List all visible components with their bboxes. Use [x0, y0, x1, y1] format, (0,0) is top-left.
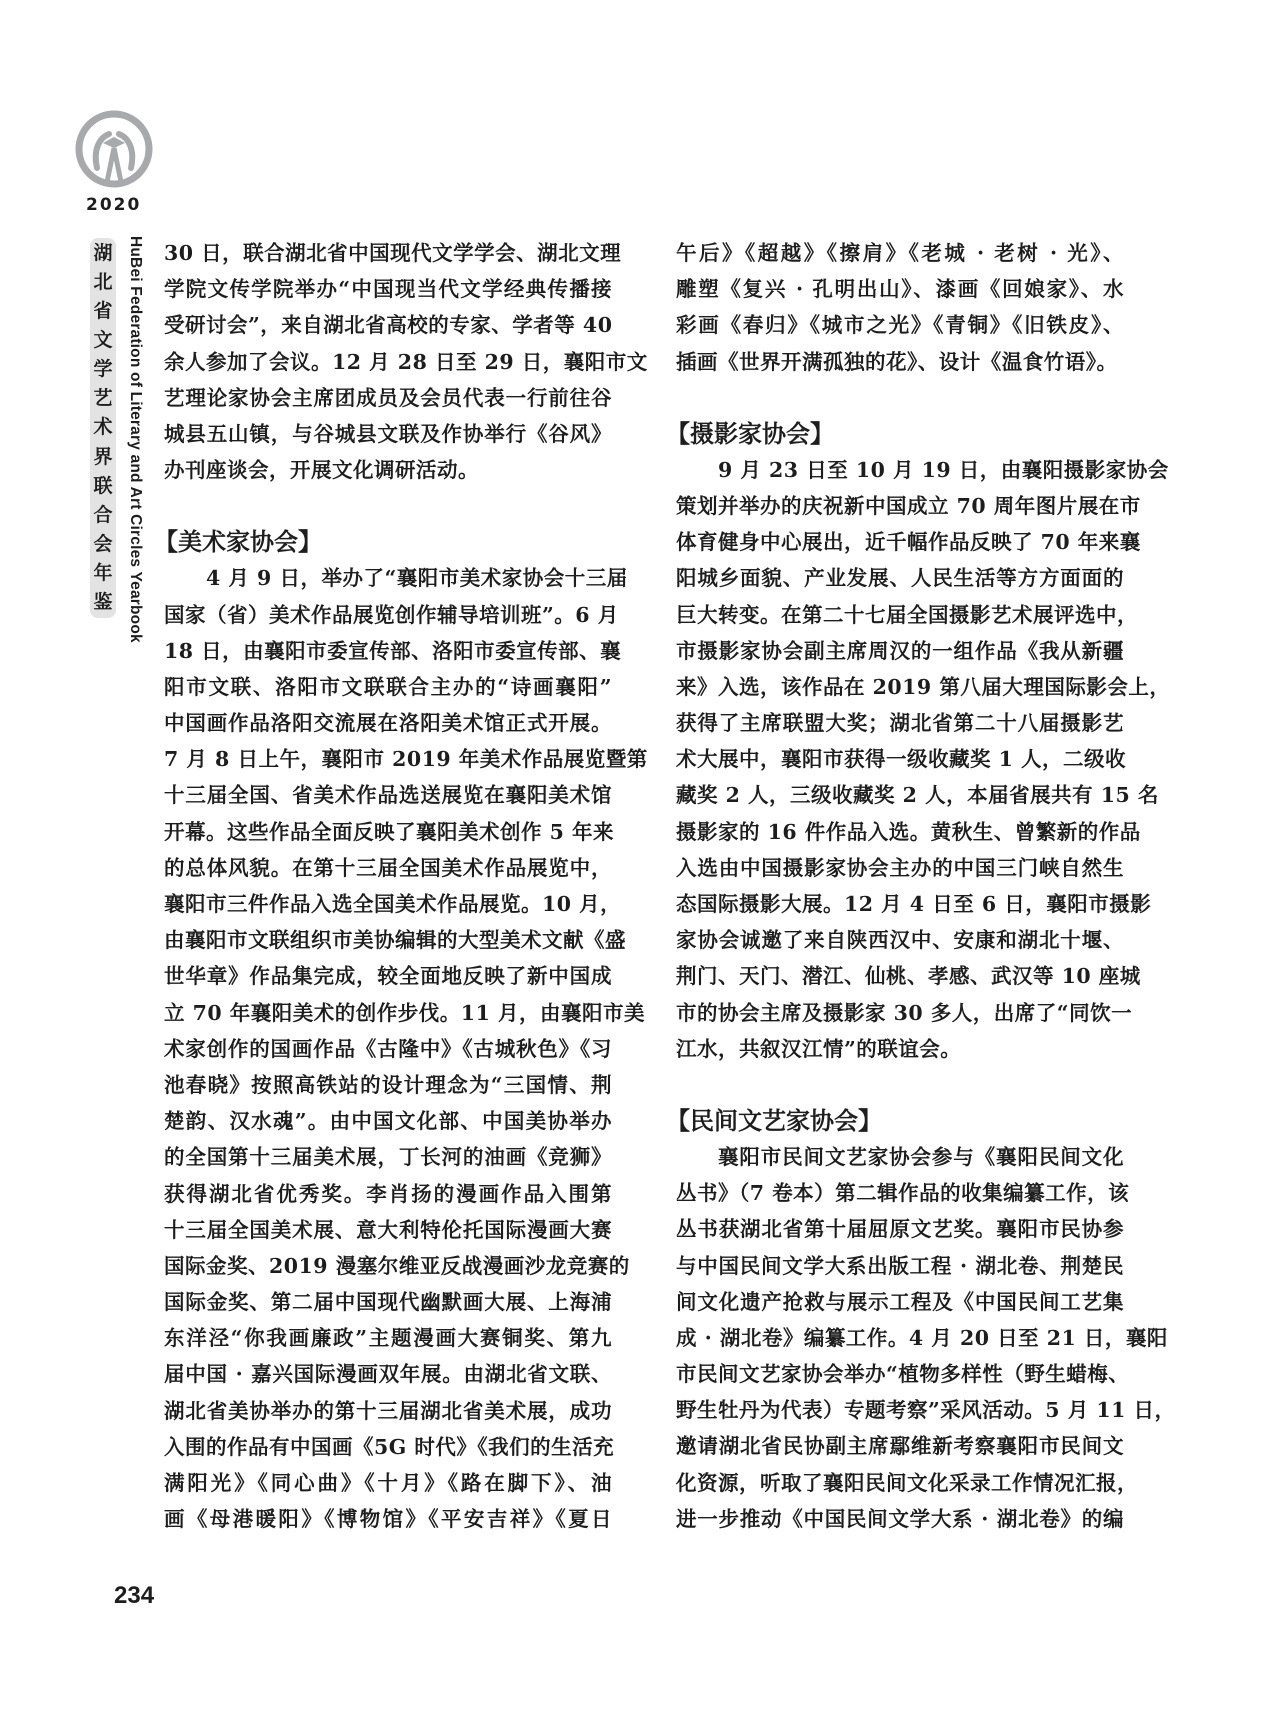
text-line: 江水，共叙汉江情”的联谊会。 — [676, 1031, 1124, 1067]
text-line: 化资源，听取了襄阳民间文化采录工作情况汇报， — [676, 1465, 1124, 1501]
section-heading-photography: 【摄影家协会】 — [666, 416, 1124, 452]
text-line: 与中国民间文学大系出版工程 · 湖北卷、荆楚民 — [676, 1248, 1124, 1284]
photography-paragraph: 9 月 23 日至 10 月 19 日，由襄阳摄影家协会策划并举办的庆祝新中国成… — [676, 452, 1124, 1067]
side-title-char: 省 — [93, 302, 112, 321]
text-line: 7 月 8 日上午，襄阳市 2019 年美术作品展览暨第 — [164, 741, 612, 777]
text-line: 襄阳市民间文艺家协会参与《襄阳民间文化 — [676, 1139, 1124, 1175]
text-line: 摄影家的 16 件作品入选。黄秋生、曾繁新的作品 — [676, 814, 1124, 850]
text-line: 进一步推动《中国民间文学大系 · 湖北卷》的编 — [676, 1501, 1124, 1537]
text-line: 入围的作品有中国画《5G 时代》《我们的生活充 — [164, 1429, 612, 1465]
text-line: 市摄影家协会副主席周汉的一组作品《我从新疆 — [676, 633, 1124, 669]
text-line: 18 日，由襄阳市委宣传部、洛阳市委宣传部、襄 — [164, 633, 612, 669]
spacer — [164, 488, 612, 524]
text-line: 获得湖北省优秀奖。李肖扬的漫画作品入围第 — [164, 1176, 612, 1212]
spacer — [676, 1067, 1124, 1103]
text-line: 策划并举办的庆祝新中国成立 70 周年图片展在市 — [676, 488, 1124, 524]
text-line: 邀请湖北省民协副主席鄢维新考察襄阳市民间文 — [676, 1428, 1124, 1464]
text-line: 9 月 23 日至 10 月 19 日，由襄阳摄影家协会 — [676, 452, 1124, 488]
side-title-char: 北 — [93, 273, 112, 292]
text-line: 获得了主席联盟大奖；湖北省第二十八届摄影艺 — [676, 705, 1124, 741]
folk-arts-paragraph: 襄阳市民间文艺家协会参与《襄阳民间文化丛书》（7 卷本）第二辑作品的收集编纂工作… — [676, 1139, 1124, 1537]
page-number: 234 — [114, 1582, 154, 1610]
text-line: 中国画作品洛阳交流展在洛阳美术馆正式开展。 — [164, 705, 612, 741]
text-line: 开幕。这些作品全面反映了襄阳美术创作 5 年来 — [164, 814, 612, 850]
text-line: 态国际摄影大展。12 月 4 日至 6 日，襄阳市摄影 — [676, 886, 1124, 922]
text-line: 阳市文联、洛阳市文联联合主办的“诗画襄阳” — [164, 669, 612, 705]
right-column: 午后》《超越》《擦肩》《老城 · 老树 · 光》、雕塑《复兴 · 孔明出山》、漆… — [676, 235, 1124, 1537]
text-line: 野生牡丹为代表）专题考察”采风活动。5 月 11 日， — [676, 1392, 1124, 1428]
text-line: 世华章》作品集完成，较全面地反映了新中国成 — [164, 958, 612, 994]
side-title-char: 术 — [93, 418, 112, 437]
text-line: 十三届全国美术展、意大利特伦托国际漫画大赛 — [164, 1212, 612, 1248]
text-line: 学院文传学院举办“中国现当代文学经典传播接 — [164, 271, 612, 307]
section-heading-folk-arts: 【民间文艺家协会】 — [666, 1103, 1124, 1139]
text-line: 国际金奖、第二届中国现代幽默画大展、上海浦 — [164, 1284, 612, 1320]
yearbook-year: 2020 — [86, 195, 141, 215]
side-title-char: 学 — [93, 360, 112, 379]
text-line: 插画《世界开满孤独的花》、设计《温食竹语》。 — [676, 344, 1124, 380]
side-title-char: 界 — [93, 448, 112, 467]
text-line: 雕塑《复兴 · 孔明出山》、漆画《回娘家》、水 — [676, 271, 1124, 307]
text-line: 市民间文艺家协会举办“植物多样性（野生蜡梅、 — [676, 1356, 1124, 1392]
side-title-char: 鉴 — [93, 593, 112, 612]
left-column: 30 日，联合湖北省中国现代文学学会、湖北文理学院文传学院举办“中国现当代文学经… — [164, 235, 612, 1537]
side-title-char: 合 — [93, 506, 112, 525]
spacer — [676, 380, 1124, 416]
text-line: 的总体风貌。在第十三届全国美术作品展览中， — [164, 850, 612, 886]
text-line: 国际金奖、2019 漫塞尔维亚反战漫画沙龙竞赛的 — [164, 1248, 612, 1284]
text-line: 城县五山镇，与谷城县文联及作协举行《谷风》 — [164, 416, 612, 452]
text-line: 术家创作的国画作品《古隆中》《古城秋色》《习 — [164, 1031, 612, 1067]
text-line: 余人参加了会议。12 月 28 日至 29 日，襄阳市文 — [164, 344, 612, 380]
side-title-chinese: 湖北省文学艺术界联合会年鉴 — [90, 238, 116, 618]
fine-arts-paragraph: 4 月 9 日，举办了“襄阳市美术家协会十三届国家（省）美术作品展览创作辅导培训… — [164, 560, 612, 1537]
side-title-char: 文 — [93, 331, 112, 350]
text-line: 体育健身中心展出，近千幅作品反映了 70 年来襄 — [676, 524, 1124, 560]
text-line: 十三届全国、省美术作品选送展览在襄阳美术馆 — [164, 777, 612, 813]
text-line: 午后》《超越》《擦肩》《老城 · 老树 · 光》、 — [676, 235, 1124, 271]
text-line: 彩画《春归》《城市之光》《青铜》《旧铁皮》、 — [676, 307, 1124, 343]
text-line: 艺理论家协会主席团成员及会员代表一行前往谷 — [164, 380, 612, 416]
intro-paragraph: 30 日，联合湖北省中国现代文学学会、湖北文理学院文传学院举办“中国现当代文学经… — [164, 235, 612, 488]
text-line: 藏奖 2 人，三级收藏奖 2 人，本届省展共有 15 名 — [676, 777, 1124, 813]
text-line: 巨大转变。在第二十七届全国摄影艺术展评选中， — [676, 597, 1124, 633]
continued-paragraph: 午后》《超越》《擦肩》《老城 · 老树 · 光》、雕塑《复兴 · 孔明出山》、漆… — [676, 235, 1124, 380]
text-line: 家协会诚邀了来自陕西汉中、安康和湖北十堰、 — [676, 922, 1124, 958]
text-line: 襄阳市三件作品入选全国美术作品展览。10 月， — [164, 886, 612, 922]
yearbook-emblem-icon — [75, 110, 153, 188]
text-line: 届中国 · 嘉兴国际漫画双年展。由湖北省文联、 — [164, 1356, 612, 1392]
text-line: 楚韵、汉水魂”。由中国文化部、中国美协举办 — [164, 1103, 612, 1139]
text-line: 东洋泾“你我画廉政”主题漫画大赛铜奖、第九 — [164, 1320, 612, 1356]
side-title-char: 年 — [93, 564, 112, 583]
text-line: 入选由中国摄影家协会主办的中国三门峡自然生 — [676, 850, 1124, 886]
text-line: 来》入选，该作品在 2019 第八届大理国际影会上， — [676, 669, 1124, 705]
text-line: 湖北省美协举办的第十三届湖北省美术展，成功 — [164, 1393, 612, 1429]
text-line: 受研讨会”，来自湖北省高校的专家、学者等 40 — [164, 307, 612, 343]
text-line: 办刊座谈会，开展文化调研活动。 — [164, 452, 612, 488]
text-line: 市的协会主席及摄影家 30 多人，出席了“同饮一 — [676, 995, 1124, 1031]
text-line: 由襄阳市文联组织市美协编辑的大型美术文献《盛 — [164, 922, 612, 958]
text-line: 间文化遗产抢救与展示工程及《中国民间工艺集 — [676, 1284, 1124, 1320]
text-line: 阳城乡面貌、产业发展、人民生活等方方面面的 — [676, 560, 1124, 596]
text-line: 的全国第十三届美术展，丁长河的油画《竞狮》 — [164, 1139, 612, 1175]
text-line: 丛书获湖北省第十届屈原文艺奖。襄阳市民协参 — [676, 1211, 1124, 1247]
text-line: 国家（省）美术作品展览创作辅导培训班”。6 月 — [164, 597, 612, 633]
text-line: 4 月 9 日，举办了“襄阳市美术家协会十三届 — [164, 560, 612, 596]
text-line: 画《母港暖阳》《博物馆》《平安吉祥》《夏日 — [164, 1501, 612, 1537]
text-line: 满阳光》《同心曲》《十月》《路在脚下》、油 — [164, 1465, 612, 1501]
side-title-char: 会 — [93, 535, 112, 554]
side-title-char: 艺 — [93, 389, 112, 408]
section-heading-fine-arts: 【美术家协会】 — [154, 524, 612, 560]
text-line: 立 70 年襄阳美术的创作步伐。11 月，由襄阳市美 — [164, 995, 612, 1031]
text-line: 荆门、天门、潜江、仙桃、孝感、武汉等 10 座城 — [676, 958, 1124, 994]
text-line: 30 日，联合湖北省中国现代文学学会、湖北文理 — [164, 235, 612, 271]
side-title-char: 湖 — [93, 244, 112, 263]
text-line: 成 · 湖北卷》编纂工作。4 月 20 日至 21 日，襄阳 — [676, 1320, 1124, 1356]
text-line: 术大展中，襄阳市获得一级收藏奖 1 人，二级收 — [676, 741, 1124, 777]
side-title-char: 联 — [93, 477, 112, 496]
text-line: 丛书》（7 卷本）第二辑作品的收集编纂工作，该 — [676, 1175, 1124, 1211]
side-title-english: HuBei Federation of Literary and Art Cir… — [124, 236, 144, 621]
text-line: 池春晓》按照高铁站的设计理念为“三国情、荆 — [164, 1067, 612, 1103]
